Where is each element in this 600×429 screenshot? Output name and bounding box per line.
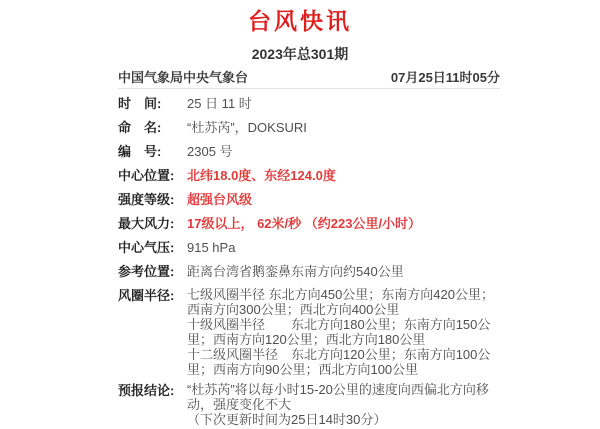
field-value: 915 hPa bbox=[187, 239, 500, 256]
field-label: 预报结论: bbox=[118, 382, 187, 399]
wind-circle-level12: 十二级风圈半径 东北方向120公里；东南方向100公里；西南方向90公里；西北方… bbox=[187, 347, 500, 377]
field-value-highlighted: 17级以上， 62米/秒 （约223公里/小时） bbox=[187, 215, 500, 232]
issue-datetime: 07月25日11时05分 bbox=[391, 69, 500, 86]
field-label: 风圈半径: bbox=[118, 287, 187, 304]
field-row-forecast-conclusion: 预报结论: “杜苏芮”将以每小时15-20公里的速度向西偏北方向移动，强度变化不… bbox=[118, 382, 500, 427]
field-row-reference-position: 参考位置: 距离台湾省鹅銮鼻东南方向约540公里 bbox=[118, 263, 500, 280]
field-row-center-position: 中心位置: 北纬18.0度、东经124.0度 bbox=[118, 167, 500, 184]
page-title: 台风快讯 bbox=[0, 0, 600, 33]
field-value: “杜苏芮”，DOKSURI bbox=[187, 119, 500, 136]
field-value-multiline: “杜苏芮”将以每小时15-20公里的速度向西偏北方向移动，强度变化不大 （下次更… bbox=[187, 382, 500, 427]
forecast-text: “杜苏芮”将以每小时15-20公里的速度向西偏北方向移动，强度变化不大 bbox=[187, 382, 500, 412]
field-value-highlighted: 超强台风级 bbox=[187, 191, 500, 208]
field-row-name: 命 名: “杜苏芮”，DOKSURI bbox=[118, 119, 500, 136]
field-row-center-pressure: 中心气压: 915 hPa bbox=[118, 239, 500, 256]
field-label: 中心气压: bbox=[118, 239, 187, 256]
header-divider bbox=[118, 88, 500, 89]
field-row-number: 编 号: 2305 号 bbox=[118, 143, 500, 160]
field-value-multiline: 七级风圈半径 东北方向450公里；东南方向420公里；西南方向300公里；西北方… bbox=[187, 287, 500, 377]
bulletin-content: 中国气象局中央气象台 07月25日11时05分 时 间: 25 日 11 时 命… bbox=[118, 69, 500, 427]
field-value: 2305 号 bbox=[187, 143, 500, 160]
issue-number: 2023年总301期 bbox=[0, 46, 600, 63]
field-row-time: 时 间: 25 日 11 时 bbox=[118, 95, 500, 112]
agency-name: 中国气象局中央气象台 bbox=[118, 69, 248, 86]
field-label: 中心位置: bbox=[118, 167, 187, 184]
field-label: 编 号: bbox=[118, 143, 187, 160]
field-value: 距离台湾省鹅銮鼻东南方向约540公里 bbox=[187, 263, 500, 280]
field-label: 命 名: bbox=[118, 119, 187, 136]
field-row-wind-circle-radius: 风圈半径: 七级风圈半径 东北方向450公里；东南方向420公里；西南方向300… bbox=[118, 287, 500, 377]
typhoon-bulletin-page: 台风快讯 2023年总301期 中国气象局中央气象台 07月25日11时05分 … bbox=[0, 0, 600, 429]
field-list: 时 间: 25 日 11 时 命 名: “杜苏芮”，DOKSURI 编 号: 2… bbox=[118, 95, 500, 427]
next-update-note: （下次更新时间为25日14时30分） bbox=[187, 412, 500, 427]
field-label: 强度等级: bbox=[118, 191, 187, 208]
field-label: 时 间: bbox=[118, 95, 187, 112]
wind-circle-level10: 十级风圈半径 东北方向180公里；东南方向150公里；西南方向120公里；西北方… bbox=[187, 317, 500, 347]
field-value-highlighted: 北纬18.0度、东经124.0度 bbox=[187, 167, 500, 184]
masthead: 中国气象局中央气象台 07月25日11时05分 bbox=[118, 69, 500, 86]
wind-circle-level7: 七级风圈半径 东北方向450公里；东南方向420公里；西南方向300公里；西北方… bbox=[187, 287, 500, 317]
field-value: 25 日 11 时 bbox=[187, 95, 500, 112]
field-label: 最大风力: bbox=[118, 215, 187, 232]
field-row-max-wind: 最大风力: 17级以上， 62米/秒 （约223公里/小时） bbox=[118, 215, 500, 232]
field-label: 参考位置: bbox=[118, 263, 187, 280]
field-row-intensity: 强度等级: 超强台风级 bbox=[118, 191, 500, 208]
